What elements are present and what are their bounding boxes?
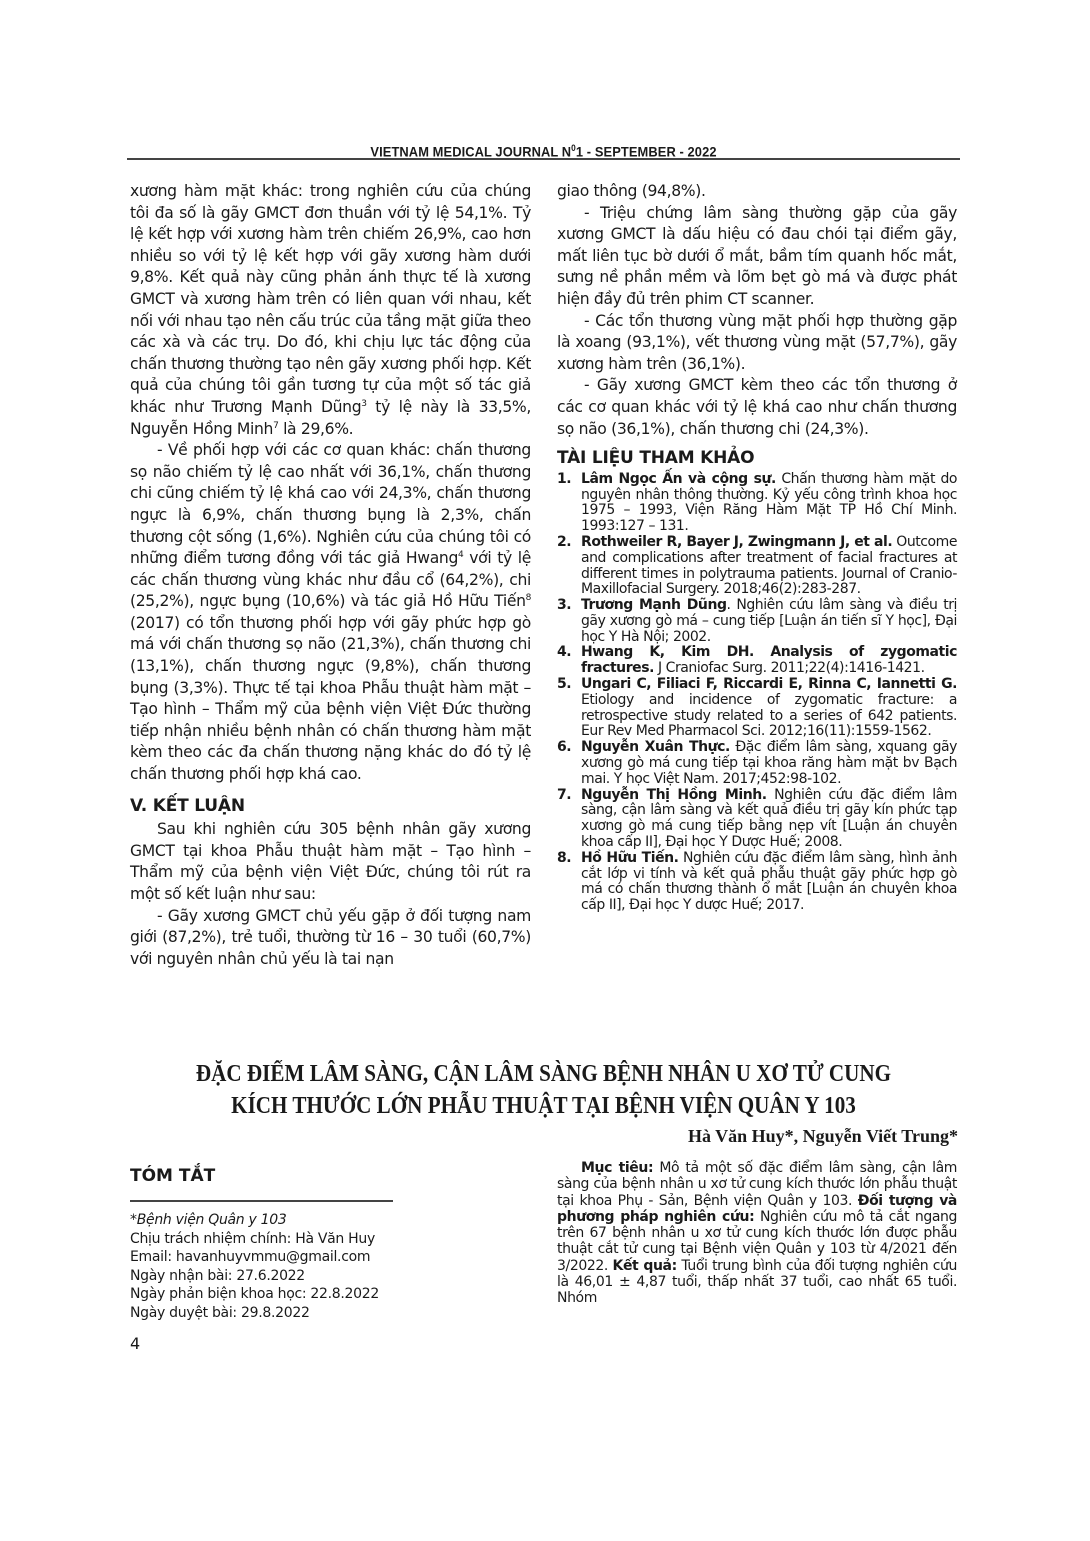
reference-item: 3.Trương Mạnh Dũng. Nghiên cứu lâm sàng … [557,598,957,645]
reference-number: 8. [557,851,581,914]
conclusion-point-2: - Triệu chứng lâm sàng thường gặp của gã… [557,203,957,311]
header-rule [127,158,960,160]
conclusion-point-4: - Gãy xương GMCT kèm theo các tổn thương… [557,375,957,440]
citation-superscript: 8 [526,593,531,603]
footnote-block: *Bệnh viện Quân y 103 Chịu trách nhiệm c… [130,1211,379,1322]
footnote-rule [130,1200,393,1202]
abstract-objective-label: Mục tiêu: [581,1160,653,1176]
journal-page: VIETNAM MEDICAL JOURNAL N01 - SEPTEMBER … [0,0,1090,1541]
article-title-line-1: ĐẶC ĐIỂM LÂM SÀNG, CẬN LÂM SÀNG BỆNH NHÂ… [177,1058,910,1090]
reference-list: 1.Lâm Ngọc Ấn và cộng sự. Chấn thương hà… [557,472,957,914]
section-heading-conclusion: V. KẾT LUẬN [130,796,531,818]
reference-number: 4. [557,645,581,677]
conclusion-point-3: - Các tổn thương vùng mặt phối hợp thườn… [557,311,957,376]
reference-number: 7. [557,788,581,851]
discussion-paragraph-2: - Về phối hợp với các cơ quan khác: chấn… [130,440,531,786]
paragraph-text: (2017) có tổn thương phối hợp với gãy ph… [130,614,531,783]
right-column: giao thông (94,8%). - Triệu chứng lâm sà… [557,181,957,914]
conclusion-intro: Sau khi nghiên cứu 305 bệnh nhân gãy xươ… [130,819,531,905]
reference-authors: Trương Mạnh Dũng [581,597,727,613]
email: Email: havanhuyvmmu@gmail.com [130,1248,379,1267]
reference-number: 2. [557,535,581,598]
conclusion-continuation: giao thông (94,8%). [557,181,957,203]
corresponding-author: Chịu trách nhiệm chính: Hà Văn Huy [130,1230,379,1249]
abstract-results-label: Kết quả: [613,1258,677,1274]
date-accepted: Ngày duyệt bài: 29.8.2022 [130,1304,379,1323]
abstract-body: Mục tiêu: Mô tả một số đặc điểm lâm sàng… [557,1160,957,1307]
discussion-paragraph-1: xương hàm mặt khác: trong nghiên cứu của… [130,181,531,440]
reference-authors: Hồ Hữu Tiến. [581,850,679,866]
date-reviewed: Ngày phản biện khoa học: 22.8.2022 [130,1285,379,1304]
reference-item: 4.Hwang K, Kim DH. Analysis of zygomatic… [557,645,957,677]
affiliation: *Bệnh viện Quân y 103 [130,1211,379,1230]
reference-details: J Craniofac Surg. 2011;22(4):1416-1421. [654,660,925,676]
paragraph-text: xương hàm mặt khác: trong nghiên cứu của… [130,182,531,416]
conclusion-point-1: - Gãy xương GMCT chủ yếu gặp ở đối tượng… [130,906,531,971]
date-received: Ngày nhận bài: 27.6.2022 [130,1267,379,1286]
reference-item: 6.Nguyễn Xuân Thực. Đặc điểm lâm sàng, x… [557,740,957,787]
reference-item: 1.Lâm Ngọc Ấn và cộng sự. Chấn thương hà… [557,472,957,535]
reference-item: 7.Nguyễn Thị Hồng Minh. Nghiên cứu đặc đ… [557,788,957,851]
reference-number: 1. [557,472,581,535]
reference-authors: Ungari C, Filiaci F, Riccardi E, Rinna C… [581,676,957,692]
reference-number: 5. [557,677,581,740]
section-heading-references: TÀI LIỆU THAM KHẢO [557,448,957,470]
reference-item: 8.Hồ Hữu Tiến. Nghiên cứu đặc điểm lâm s… [557,851,957,914]
reference-authors: Rothweiler R, Bayer J, Zwingmann J, et a… [581,534,892,550]
reference-details: Etiology and incidence of zygomatic frac… [581,692,957,740]
article-authors: Hà Văn Huy*, Nguyễn Viết Trung* [688,1126,958,1147]
paragraph-text: là 29,6%. [278,420,353,438]
reference-authors: Lâm Ngọc Ấn và cộng sự. [581,471,776,487]
reference-authors: Nguyễn Thị Hồng Minh. [581,787,767,803]
abstract-heading: TÓM TẮT [130,1166,215,1186]
article-title-line-2: KÍCH THƯỚC LỚN PHẪU THUẬT TẠI BỆNH VIỆN … [177,1090,910,1122]
page-number: 4 [130,1334,140,1353]
reference-number: 6. [557,740,581,787]
reference-item: 2.Rothweiler R, Bayer J, Zwingmann J, et… [557,535,957,598]
reference-number: 3. [557,598,581,645]
reference-item: 5.Ungari C, Filiaci F, Riccardi E, Rinna… [557,677,957,740]
reference-authors: Nguyễn Xuân Thực. [581,739,730,755]
article-title: ĐẶC ĐIỂM LÂM SÀNG, CẬN LÂM SÀNG BỆNH NHÂ… [177,1058,910,1122]
left-column: xương hàm mặt khác: trong nghiên cứu của… [130,181,531,970]
